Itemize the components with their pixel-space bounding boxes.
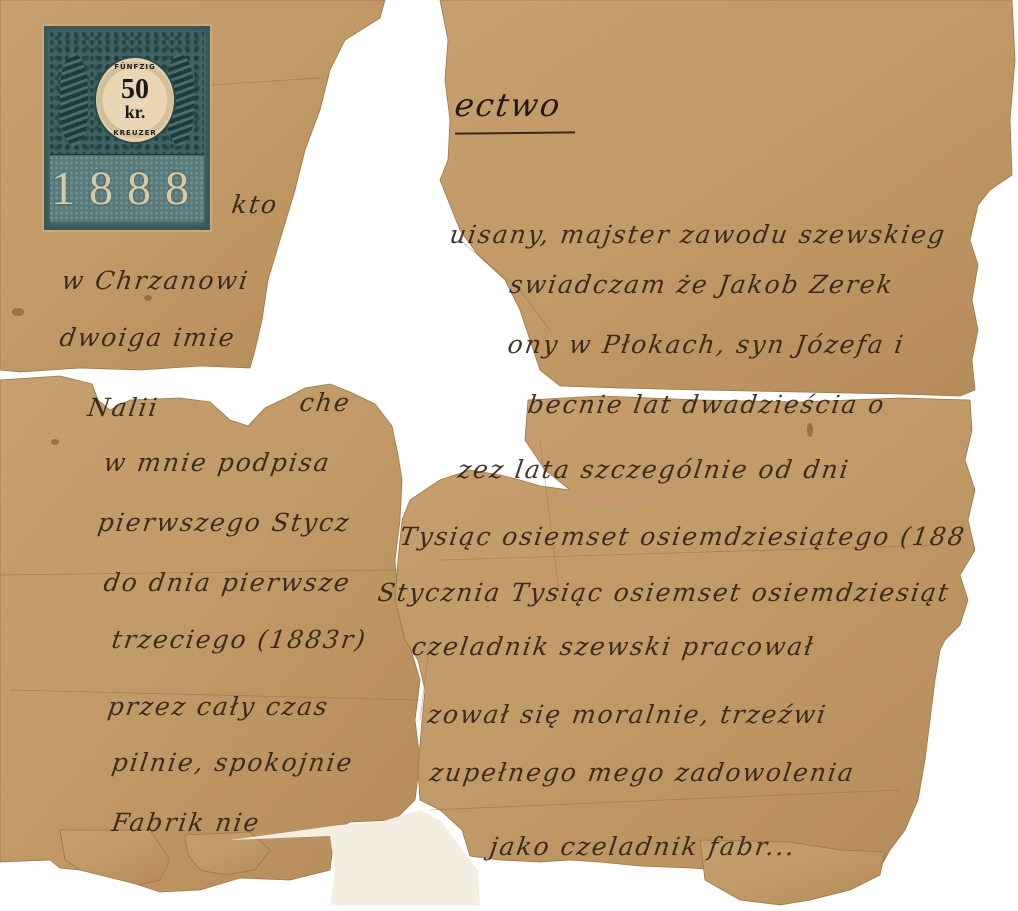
line-11-right: jako czeladnik fabr... — [488, 832, 798, 861]
stamp-currency-name: KREUZER — [96, 129, 174, 137]
scanned-document: FÜNFZIG 50 kr. KREUZER 1888 ectwo kto ui… — [0, 0, 1018, 911]
line-7-left: do dnia pierwsze — [102, 568, 353, 597]
line-2-left: w Chrzanowi — [60, 266, 251, 295]
line-1-right: uisany, majster zawodu szewskieg — [448, 220, 948, 249]
stamp-unit: kr. — [96, 102, 174, 123]
stamp-value: 50 — [96, 76, 174, 104]
line-4-middle: che — [298, 388, 353, 417]
line-4-left: Nalii — [86, 393, 161, 422]
revenue-stamp: FÜNFZIG 50 kr. KREUZER 1888 — [42, 24, 212, 232]
line-3-right: ony w Płokach, syn Józefa i — [506, 330, 907, 359]
line-5-right: zez lata szczególnie od dni — [456, 455, 852, 484]
line-5-left: w mnie podpisa — [102, 448, 333, 477]
stamp-ornament-panel: FÜNFZIG 50 kr. KREUZER — [50, 32, 204, 155]
stamp-medallion: FÜNFZIG 50 kr. KREUZER — [94, 56, 176, 144]
line-1-left: kto — [230, 190, 280, 219]
line-7-right: Stycznia Tysiąc osiemset osiemdziesiąt — [376, 578, 952, 607]
line-2-right: swiadczam że Jakob Zerek — [508, 270, 896, 299]
line-10-left: pilnie, spokojnie — [110, 748, 356, 777]
line-6-left: pierwszego Stycz — [96, 508, 352, 537]
stamp-currency-word: FÜNFZIG — [96, 63, 174, 71]
laurel-ornament-icon — [60, 54, 88, 146]
stamp-year: 1888 — [50, 156, 204, 222]
line-9-right: zował się moralnie, trzeźwi — [426, 700, 829, 729]
line-10-right: zupełnego mego zadowolenia — [428, 758, 857, 787]
line-9-left: przez cały czas — [106, 692, 331, 721]
line-11-left: Fabrik nie — [110, 808, 263, 837]
line-8-right: czeladnik szewski pracował — [410, 632, 817, 661]
line-4-right: becnie lat dwadzieścia o — [526, 390, 888, 419]
line-8-left: trzeciego (1883r) — [110, 625, 369, 654]
document-title: ectwo — [452, 86, 564, 124]
line-6-right: Tysiąc osiemset osiemdziesiątego (188 — [398, 522, 968, 551]
line-3-left: dwoiga imie — [58, 323, 238, 352]
